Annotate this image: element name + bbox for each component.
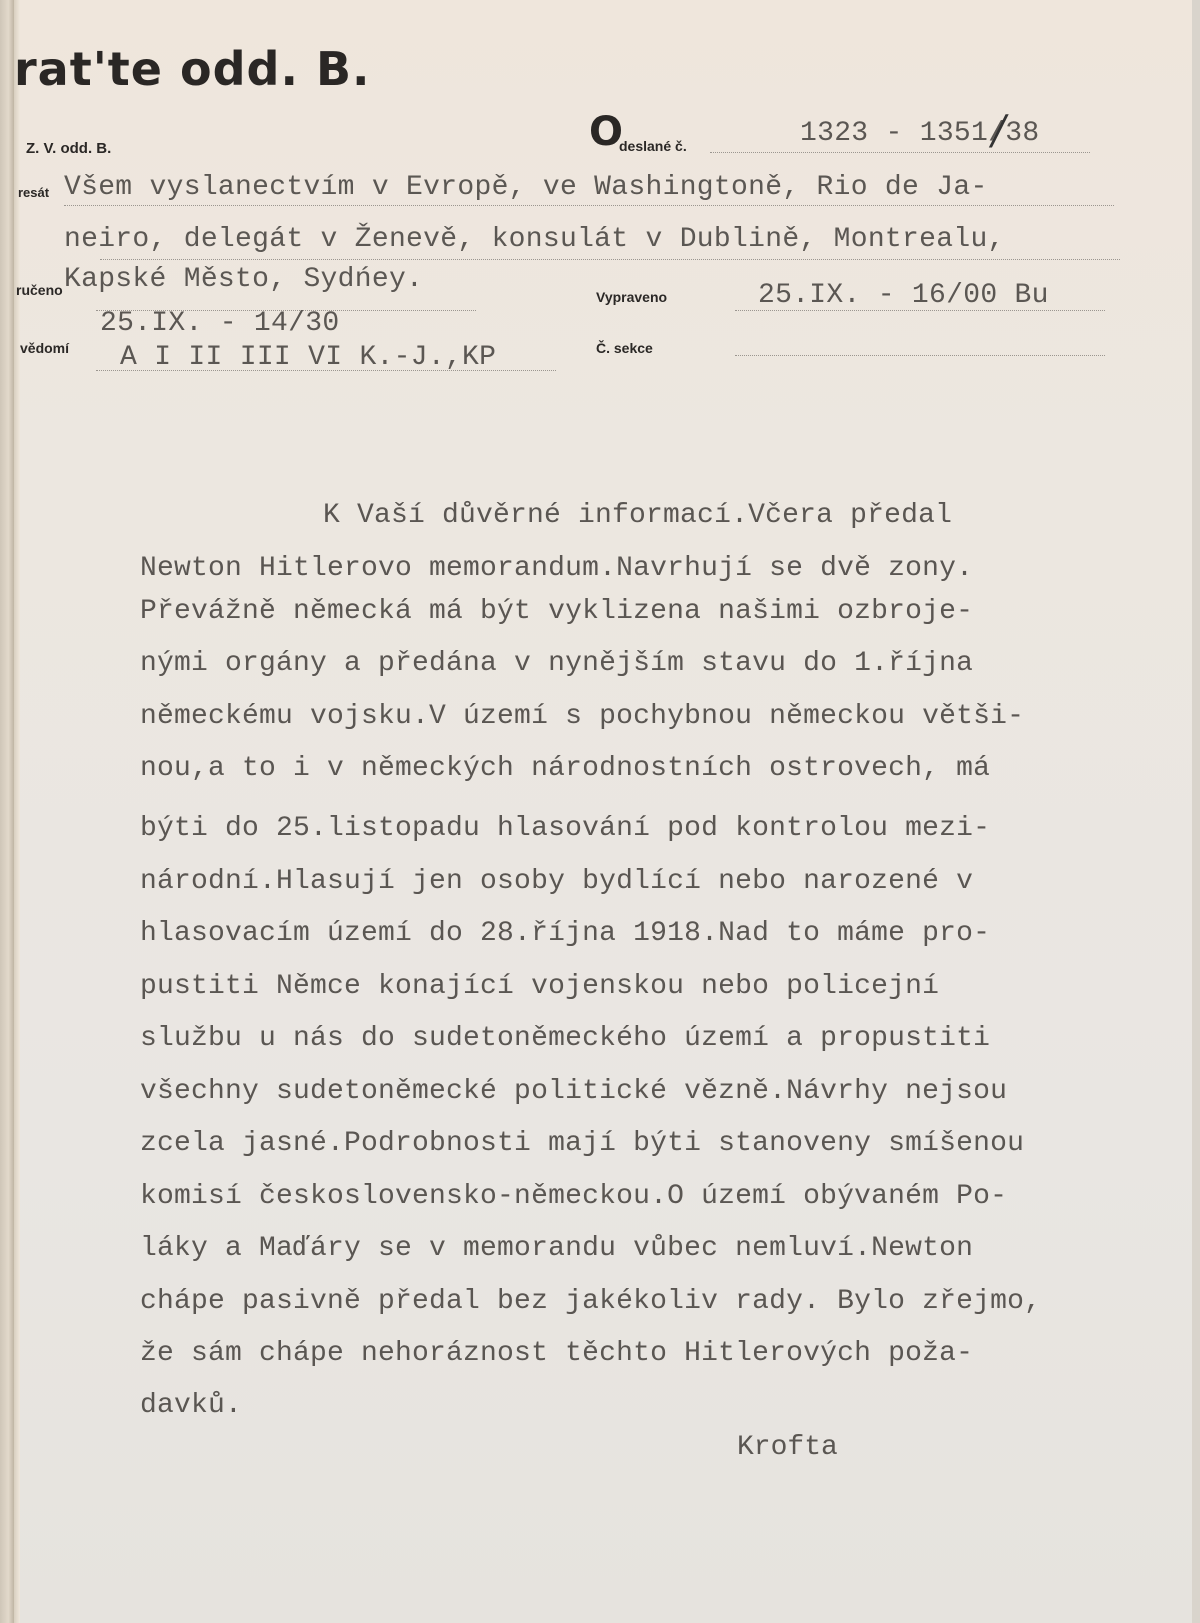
page-fold [14, 0, 20, 1623]
binder-spine [0, 0, 14, 1623]
adresat-line-1: Všem vyslanectvím v Evropě, ve Washingto… [64, 172, 988, 203]
body-line-4: nými orgány a předána v nynějším stavu d… [140, 648, 973, 679]
body-line-12: všechny sudetoněmecké politické vězně.Ná… [140, 1076, 1007, 1107]
body-line-16: chápe pasivně předal bez jakékoliv rady.… [140, 1286, 1041, 1317]
vedomi-label: vědomí [20, 340, 69, 356]
doruceno-label: ručeno [16, 282, 63, 298]
odeslane-label: deslané č. [619, 138, 687, 154]
sekce-label: Č. sekce [596, 340, 653, 356]
odeslane-dotline [710, 152, 1090, 153]
body-line-6: nou,a to i v německých národnostních ost… [140, 753, 990, 784]
doruceno-value: 25.IX. - 14/30 [100, 308, 339, 339]
body-line-14: komisí československo-německou.O území o… [140, 1181, 1007, 1212]
body-line-1: K Vaší důvěrné informací.Včera předal [323, 500, 952, 531]
body-line-7: býti do 25.listopadu hlasování pod kontr… [140, 813, 990, 844]
body-line-11: službu u nás do sudetoněmeckého území a … [140, 1023, 990, 1054]
body-line-8: národní.Hlasují jen osoby bydlící nebo n… [140, 866, 973, 897]
adresat-label: resát [18, 185, 49, 200]
adresat-dotline-1 [64, 205, 1114, 206]
body-line-10: pustiti Němce konající vojenskou nebo po… [140, 971, 939, 1002]
sekce-dotline [735, 355, 1105, 356]
body-line-18: davků. [140, 1390, 242, 1421]
body-line-2: Newton Hitlerovo memorandum.Navrhují se … [140, 553, 973, 584]
body-line-17: že sám chápe nehoráznost těchto Hitlerov… [140, 1338, 973, 1369]
body-line-13: zcela jasné.Podrobnosti mají býti stanov… [140, 1128, 1024, 1159]
page-edge [1192, 0, 1200, 1623]
body-line-3: Převážně německá má být vyklizena našimi… [140, 596, 973, 627]
body-line-5: německému vojsku.V území s pochybnou něm… [140, 701, 1024, 732]
odeslane-initial: O [589, 112, 623, 152]
adresat-line-2: neiro, delegát v Ženevě, konsulát v Dubl… [64, 224, 1005, 255]
department-label: Z. V. odd. B. [26, 140, 111, 157]
vypraveno-label: Vypraveno [596, 289, 667, 305]
body-line-9: hlasovacím území do 28.října 1918.Nad to… [140, 918, 990, 949]
header-title: rat'te odd. B. [14, 42, 370, 96]
vedomi-value: A I II III VI K.-J.,KP [120, 342, 496, 373]
signature: Krofta [737, 1432, 838, 1463]
handwritten-correction: / [992, 108, 1005, 154]
adresat-line-3: Kapské Město, Sydńey. [64, 264, 423, 295]
vypraveno-value: 25.IX. - 16/00 Bu [758, 280, 1049, 311]
body-line-15: láky a Maďáry se v memorandu vůbec nemlu… [140, 1233, 973, 1264]
adresat-dotline-2 [100, 259, 1120, 260]
